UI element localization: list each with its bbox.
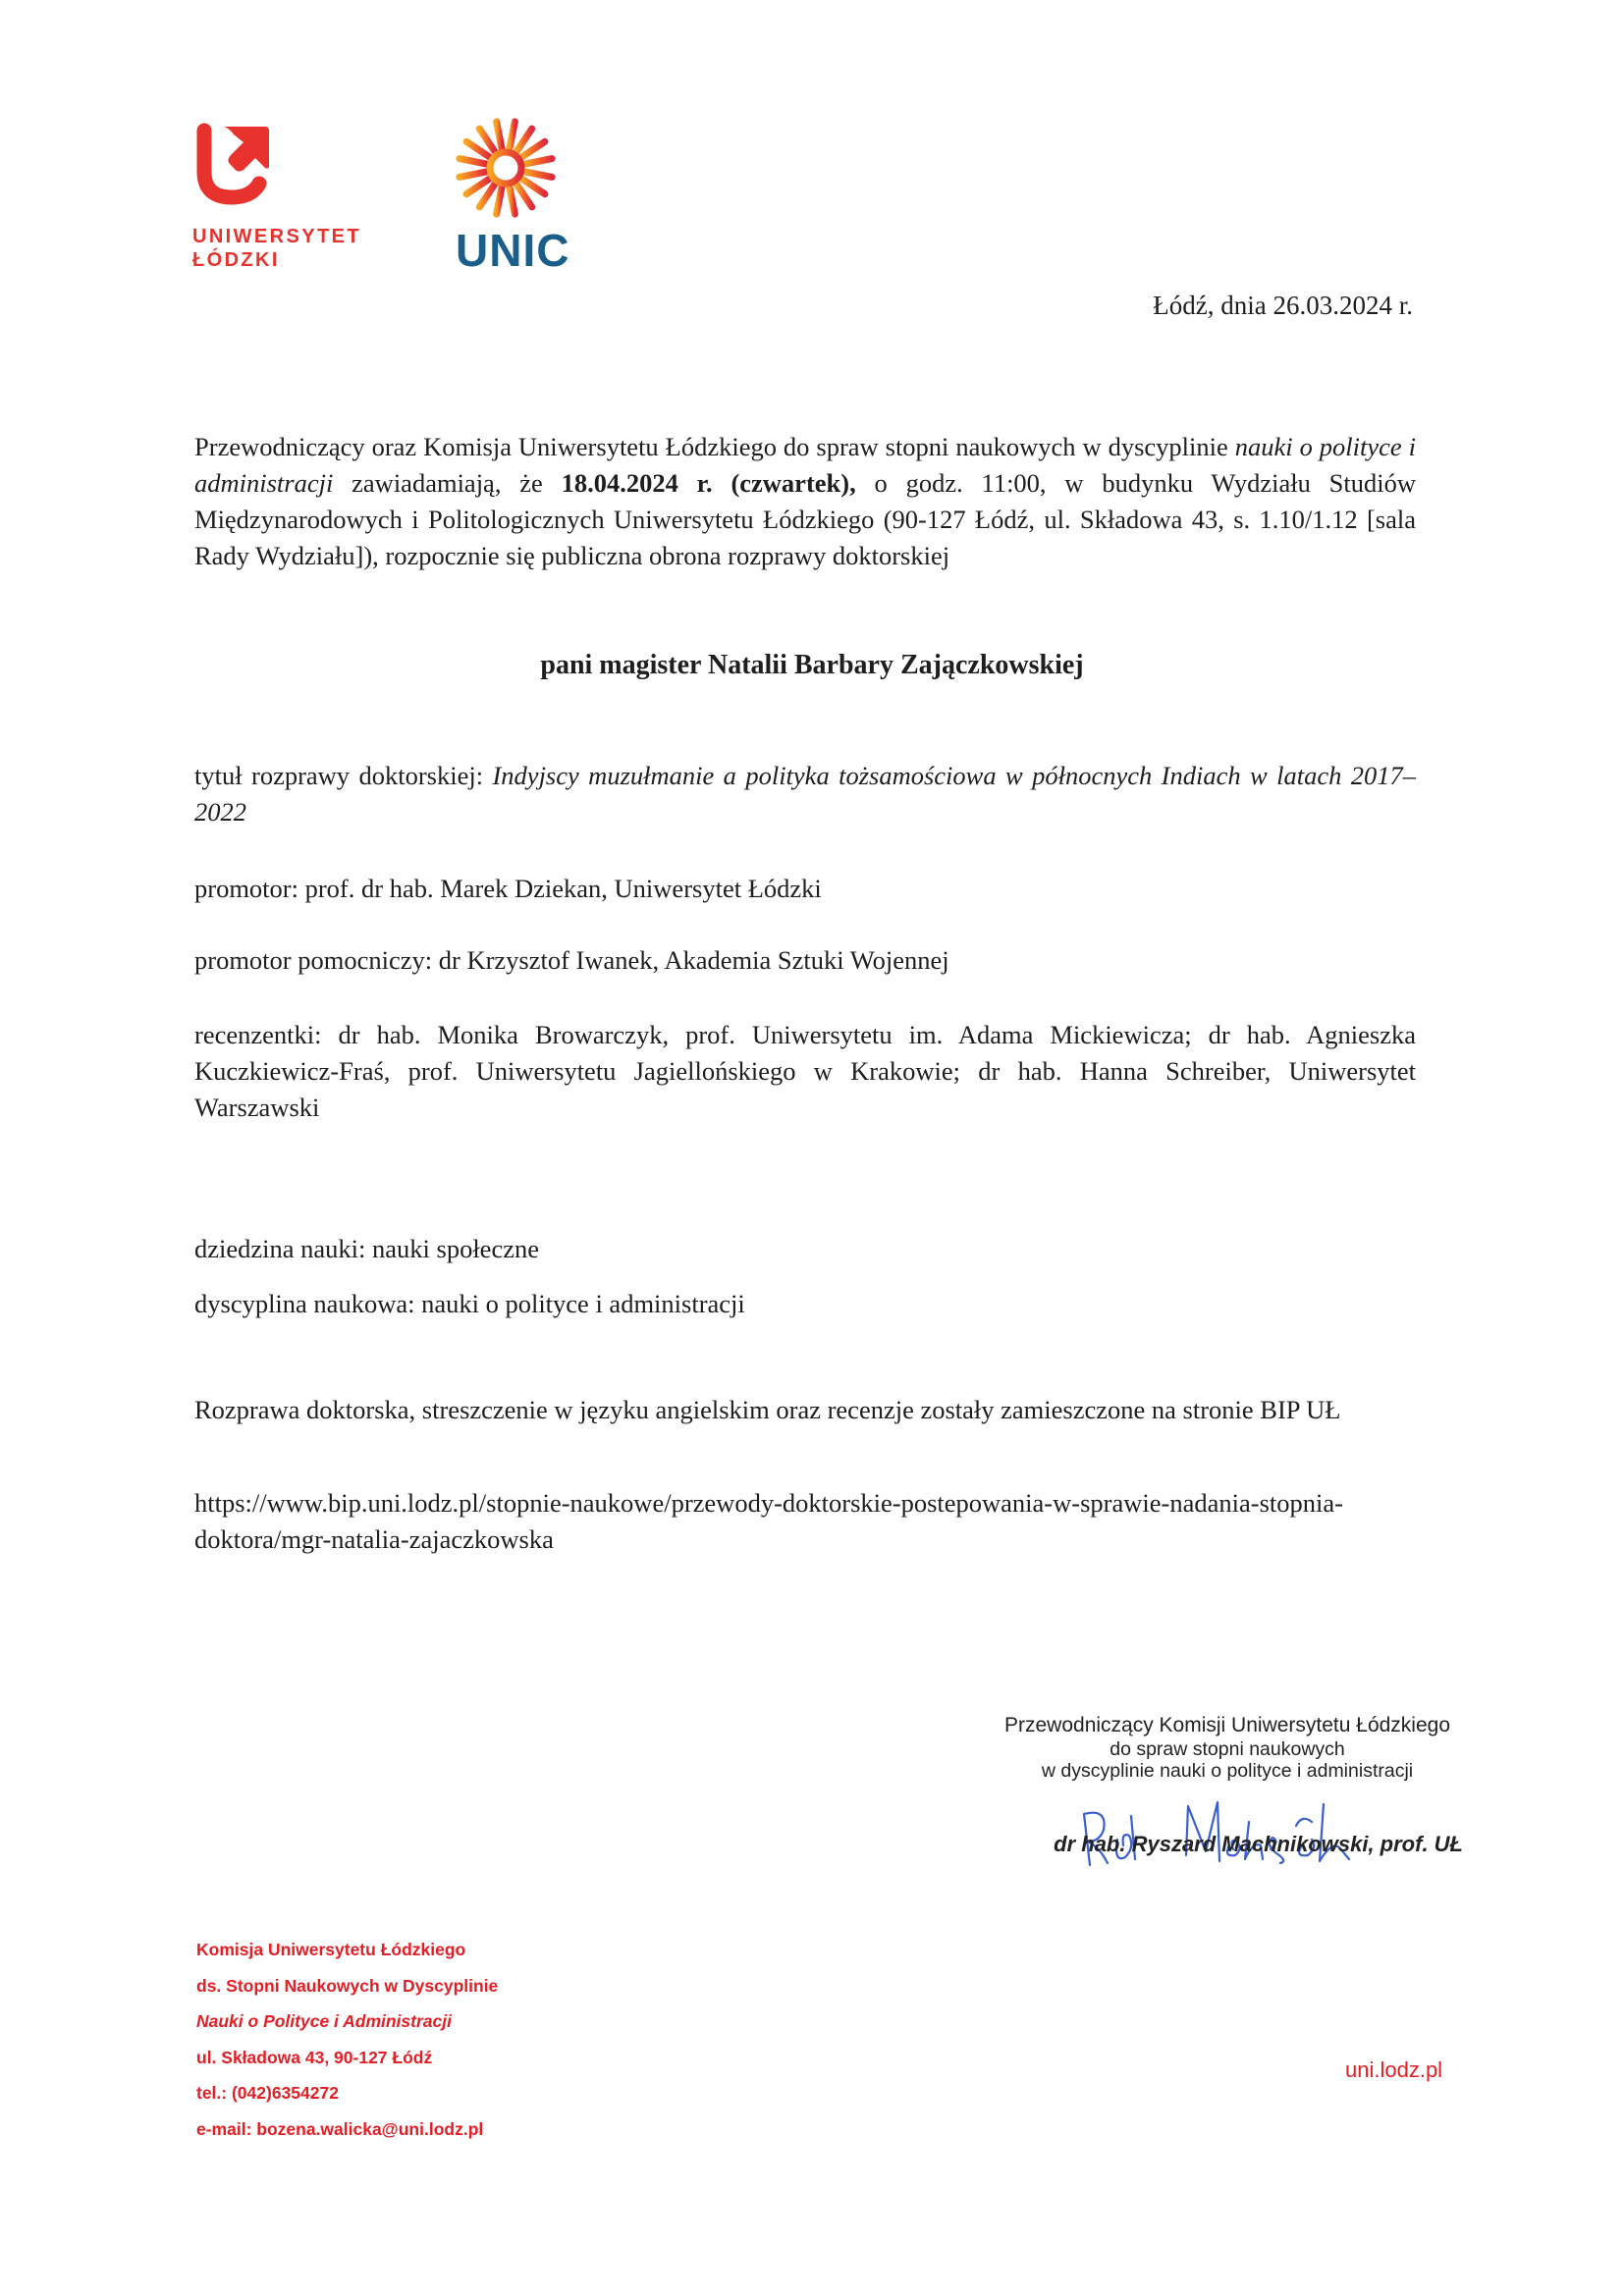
footer-line-phone: tel.: (042)6354272 (196, 2075, 498, 2111)
website-link[interactable]: uni.lodz.pl (1345, 2057, 1442, 2083)
signature-stamp: Przewodniczący Komisji Uniwersytetu Łódz… (992, 1713, 1463, 1782)
bip-url[interactable]: https://www.bip.uni.lodz.pl/stopnie-nauk… (194, 1488, 1343, 1554)
stamp-line-1: Przewodniczący Komisji Uniwersytetu Łódz… (992, 1713, 1463, 1738)
committee-contact-block: Komisja Uniwersytetu Łódzkiego ds. Stopn… (196, 1932, 498, 2147)
letter-date: Łódź, dnia 26.03.2024 r. (1153, 291, 1413, 321)
scientific-field: dziedzina nauki: nauki społeczne (194, 1231, 1416, 1267)
thesis-label: tytuł rozprawy doktorskiej: (194, 761, 492, 790)
intro-text-2: zawiadamiają, że (333, 468, 561, 498)
stamp-line-2: do spraw stopni naukowych (992, 1738, 1463, 1760)
thesis-title-paragraph: tytuł rozprawy doktorskiej: Indyjscy muz… (194, 758, 1416, 830)
stamp-line-3: w dyscyplinie nauki o polityce i adminis… (992, 1760, 1463, 1782)
sunburst-icon (454, 116, 558, 220)
handwritten-signature-icon (1070, 1787, 1443, 1875)
footer-line-email[interactable]: e-mail: bozena.walicka@uni.lodz.pl (196, 2111, 498, 2148)
unic-logo: UNIC (454, 116, 571, 273)
footer-line-discipline: Nauki o Polityce i Administracji (196, 2003, 498, 2040)
ul-name-line-2: ŁÓDZKI (192, 248, 369, 272)
scientific-discipline: dyscyplina naukowa: nauki o polityce i a… (194, 1286, 1416, 1322)
unic-name: UNIC (456, 228, 571, 273)
arrow-u-mark-icon (194, 123, 273, 207)
reviewers: recenzentki: dr hab. Monika Browarczyk, … (194, 1017, 1416, 1126)
promotor-assistant: promotor pomocniczy: dr Krzysztof Iwanek… (194, 942, 1416, 979)
promotor: promotor: prof. dr hab. Marek Dziekan, U… (194, 871, 1416, 907)
candidate-name: pani magister Natalii Barbary Zajączkows… (0, 650, 1624, 681)
bip-note: Rozprawa doktorska, streszczenie w język… (194, 1392, 1416, 1428)
signatory-name: dr hab. Ryszard Machnikowski, prof. UŁ (992, 1832, 1463, 1857)
footer-line-committee: Komisja Uniwersytetu Łódzkiego (196, 1932, 498, 1968)
defense-date: 18.04.2024 r. (czwartek), (562, 468, 856, 498)
footer-line-subtitle: ds. Stopni Naukowych w Dyscyplinie (196, 1968, 498, 2004)
intro-text-1: Przewodniczący oraz Komisja Uniwersytetu… (194, 432, 1235, 461)
bip-url-link[interactable]: https://www.bip.uni.lodz.pl/stopnie-nauk… (194, 1485, 1416, 1558)
announcement-paragraph: Przewodniczący oraz Komisja Uniwersytetu… (194, 429, 1416, 574)
footer-line-address: ul. Składowa 43, 90-127 Łódź (196, 2040, 498, 2076)
ul-name-line-1: UNIWERSYTET (192, 225, 369, 248)
uniwersytet-lodzki-logo: UNIWERSYTET ŁÓDZKI (192, 123, 369, 272)
